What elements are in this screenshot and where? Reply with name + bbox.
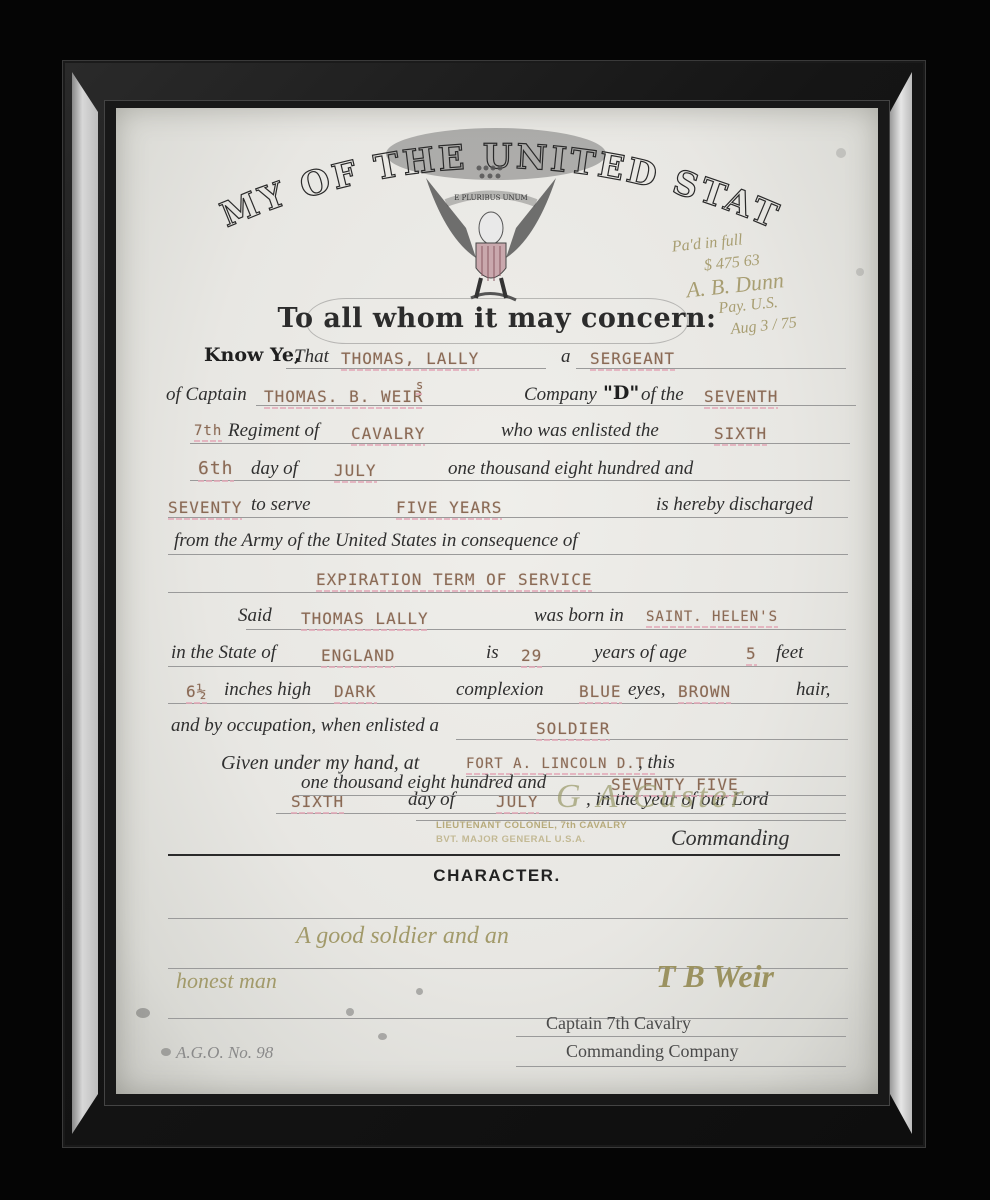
occupation: SOLDIER <box>536 719 610 738</box>
enlist-year: SEVENTY <box>168 498 242 517</box>
discharge-day: SIXTH <box>291 792 344 811</box>
svg-text:E PLURIBUS UNUM: E PLURIBUS UNUM <box>454 194 527 202</box>
discharge-certificate: ARMY OF THE UNITED STATES E PLURIBUS UNU… <box>116 108 878 1094</box>
eye-color: BLUE <box>579 682 622 701</box>
soldier-name-2: THOMAS LALLY <box>301 609 429 628</box>
regiment-word: SEVENTH <box>704 387 778 406</box>
discharge-place: FORT A. LINCOLN D.T. <box>466 756 655 772</box>
height-feet: 5 <box>746 644 757 663</box>
enlist-month: JULY <box>334 461 377 480</box>
hair-color: BROWN <box>678 682 731 701</box>
discharge-month: JULY <box>496 792 539 811</box>
birth-state: ENGLAND <box>321 646 395 665</box>
discharge-reason: EXPIRATION TERM OF SERVICE <box>316 570 592 589</box>
age: 29 <box>521 646 542 665</box>
captain-name: THOMAS. B. WEIR <box>264 387 424 406</box>
payment-margin-note: Pa'd in full $ 475 63 A. B. Dunn Pay. U.… <box>671 216 878 346</box>
character-heading: CHARACTER. <box>116 866 878 886</box>
height-inches: 6½ <box>186 682 207 701</box>
complexion: DARK <box>334 682 377 701</box>
soldier-name: THOMAS, LALLY <box>341 349 479 368</box>
birthplace: SAINT. HELEN'S <box>646 609 778 625</box>
term-of-service: FIVE YEARS <box>396 498 502 517</box>
frame-bevel-left <box>72 72 98 1134</box>
frame-bevel-right <box>890 72 912 1134</box>
eagle-emblem-icon: E PLURIBUS UNUM <box>406 148 576 318</box>
enlist-day: SIXTH <box>714 424 767 443</box>
soldier-rank: SERGEANT <box>590 349 675 368</box>
company-letter: "D" <box>603 382 639 404</box>
section-divider <box>168 854 840 856</box>
arm-of-service: CAVALRY <box>351 424 425 443</box>
know-ye: Know Ye, <box>204 344 301 366</box>
